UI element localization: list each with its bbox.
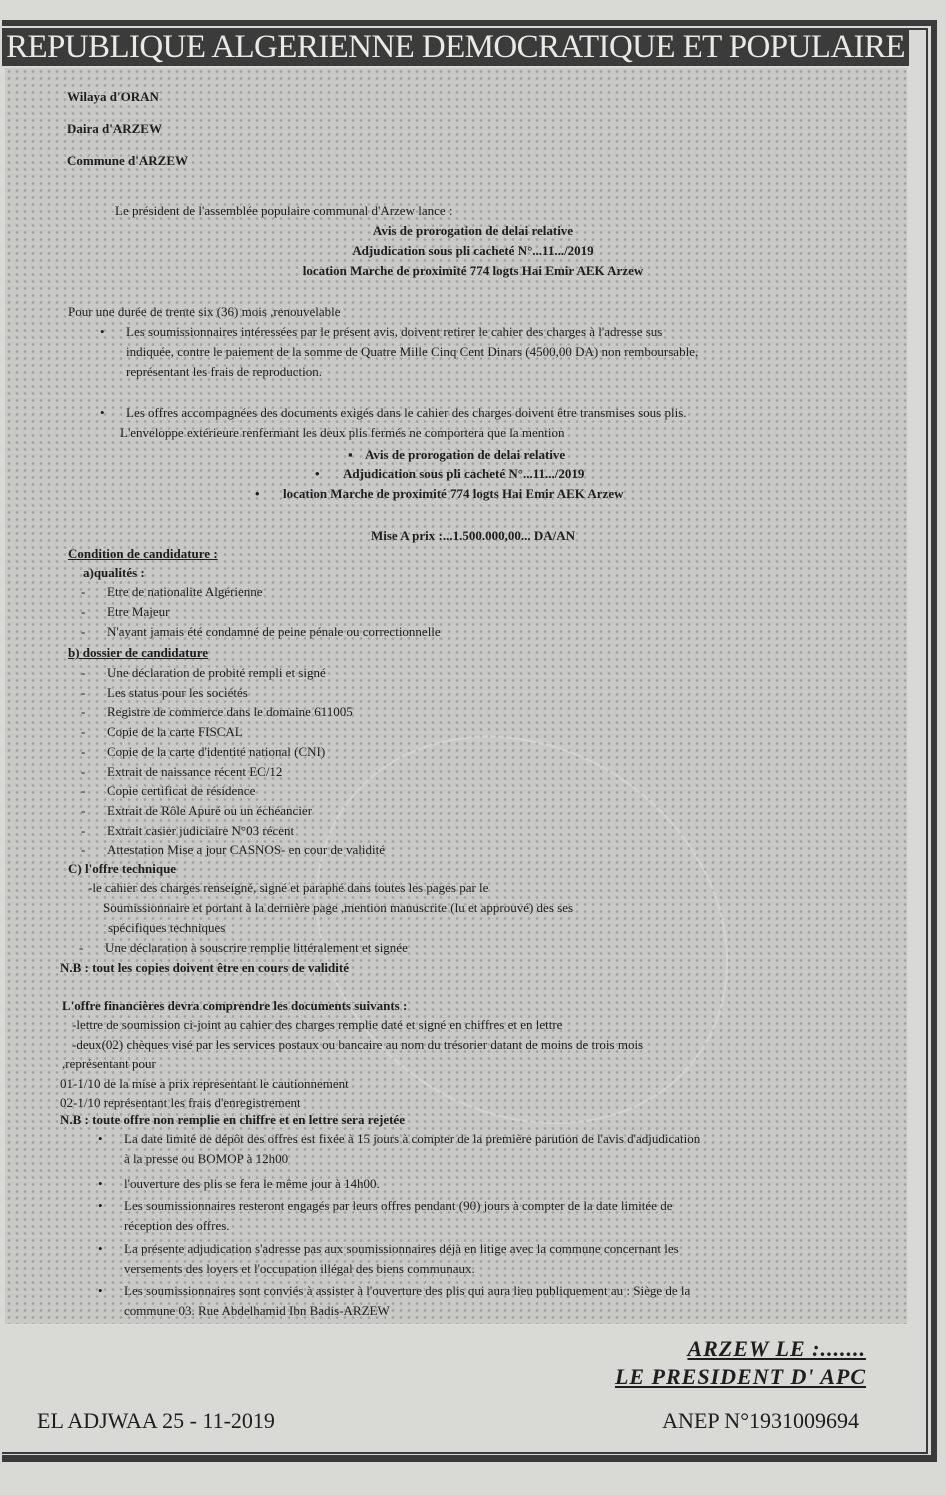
condition-line: l'ouverture des plis se fera le même jou… [124,1176,380,1192]
condition-line: réception des offres. [124,1218,230,1234]
offre-technique-note: N.B : tout les copies doivent être en co… [60,960,349,976]
bullet-a-line: Les offres accompagnées des documents ex… [126,405,687,421]
condition-line: à la presse ou BOMOP à 12h00 [124,1151,288,1167]
qualite-item: Etre Majeur [107,604,169,620]
offre-technique-line: Soumissionnaire et portant à la dernière… [103,900,573,916]
dossier-item: Copie certificat de résidence [107,783,255,799]
intro-location: location Marche de proximité 774 logts H… [0,263,946,279]
condition-line: Les soumissionnaires sont conviés à assi… [124,1283,690,1299]
signature-place-date: ARZEW LE :....... [687,1336,866,1362]
offre-financiere-line: -lettre de soumission ci-joint au cahier… [72,1017,562,1033]
dossier-item: Copie de la carte FISCAL [107,724,243,740]
dossier-item: Les status pour les sociétés [107,685,248,701]
dossier-item: Extrait casier judiciaire N°03 récent [107,823,294,839]
dossier-item: Une déclaration de probité rempli et sig… [107,665,326,681]
condition-line: versements des loyers et l'occupation il… [124,1261,475,1277]
candidature-heading: Condition de candidature : [68,546,218,562]
page-title: REPUBLIQUE ALGERIENNE DEMOCRATIQUE ET PO… [2,28,909,66]
qualite-item: Etre de nationalite Algérienne [107,584,263,600]
anep-number: ANEP N°1931009694 [662,1408,859,1434]
offre-financiere-line: -deux(02) chèques visé par les services … [72,1037,643,1053]
condition-line: La date limité de dépôt des offres est f… [124,1131,700,1147]
offre-technique-heading: C) l'offre technique [68,861,176,877]
offre-technique-line: spécifiques techniques [108,920,225,936]
intro-lead: Le président de l'assemblée populaire co… [115,203,453,219]
qualite-item: N'ayant jamais été condamné de peine pén… [107,624,441,640]
publication-info: EL ADJWAA 25 - 11-2019 [37,1408,275,1434]
offre-technique-item: Une déclaration à souscrire remplie litt… [105,940,408,956]
mention-item: ▪Avis de prorogation de delai relative [365,447,565,463]
bullet-a-line: représentant les frais de reproduction. [126,364,322,380]
duration: Pour une durée de trente six (36) mois ,… [68,304,341,320]
mise-a-prix: Mise A prix :...1.500.000,00... DA/AN [0,528,946,544]
condition-line: Les soumissionnaires resteront engagés p… [124,1198,672,1214]
issuer-commune: Commune d'ARZEW [67,153,188,169]
condition-line: commune 03. Rue Abdelhamid Ibn Badis-ARZ… [124,1303,390,1319]
qualites-heading: a)qualités : [83,565,145,581]
intro-adjudication: Adjudication sous pli cacheté N°...11...… [0,243,946,259]
dossier-item: Extrait de naissance récent EC/12 [107,764,282,780]
signature-signatory: LE PRESIDENT D' APC [615,1364,866,1390]
issuer-daira: Daira d'ARZEW [67,121,162,137]
dossier-item: Attestation Mise a jour CASNOS- en cour … [107,842,385,858]
mention-item: •location Marche de proximité 774 logts … [283,486,624,502]
dossier-item: Registre de commerce dans le domaine 611… [107,704,353,720]
dossier-item: Extrait de Rôle Apuré ou un échéancier [107,803,312,819]
dossier-item: Copie de la carte d'identité national (C… [107,744,325,760]
offre-technique-line: -le cahier des charges renseigné, signé … [88,880,488,896]
bullet-a-line: indiquée, contre le paiement de la somme… [126,344,698,360]
condition-line: La présente adjudication s'adresse pas a… [124,1241,679,1257]
issuer-wilaya: Wilaya d'ORAN [67,89,159,105]
mention-item: •Adjudication sous pli cacheté N°...11..… [343,466,584,482]
offre-financiere-line: ,représentant pour [62,1056,156,1072]
bullet-a-line: Les soumissionnaires intéressées par le … [126,324,662,340]
intro-notice-title: Avis de prorogation de delai relative [0,223,946,239]
offre-financiere-line: 01-1/10 de la mise a prix representant l… [60,1076,349,1092]
offre-financiere-heading: L'offre financières devra comprendre les… [62,998,407,1014]
bullet-a-line: L'enveloppe extérieure renfermant les de… [120,425,565,441]
dossier-heading: b) dossier de candidature [68,645,208,661]
offre-financiere-note: N.B : toute offre non remplie en chiffre… [60,1112,405,1128]
offre-financiere-line: 02-1/10 représentant les frais d'enregis… [60,1095,301,1111]
